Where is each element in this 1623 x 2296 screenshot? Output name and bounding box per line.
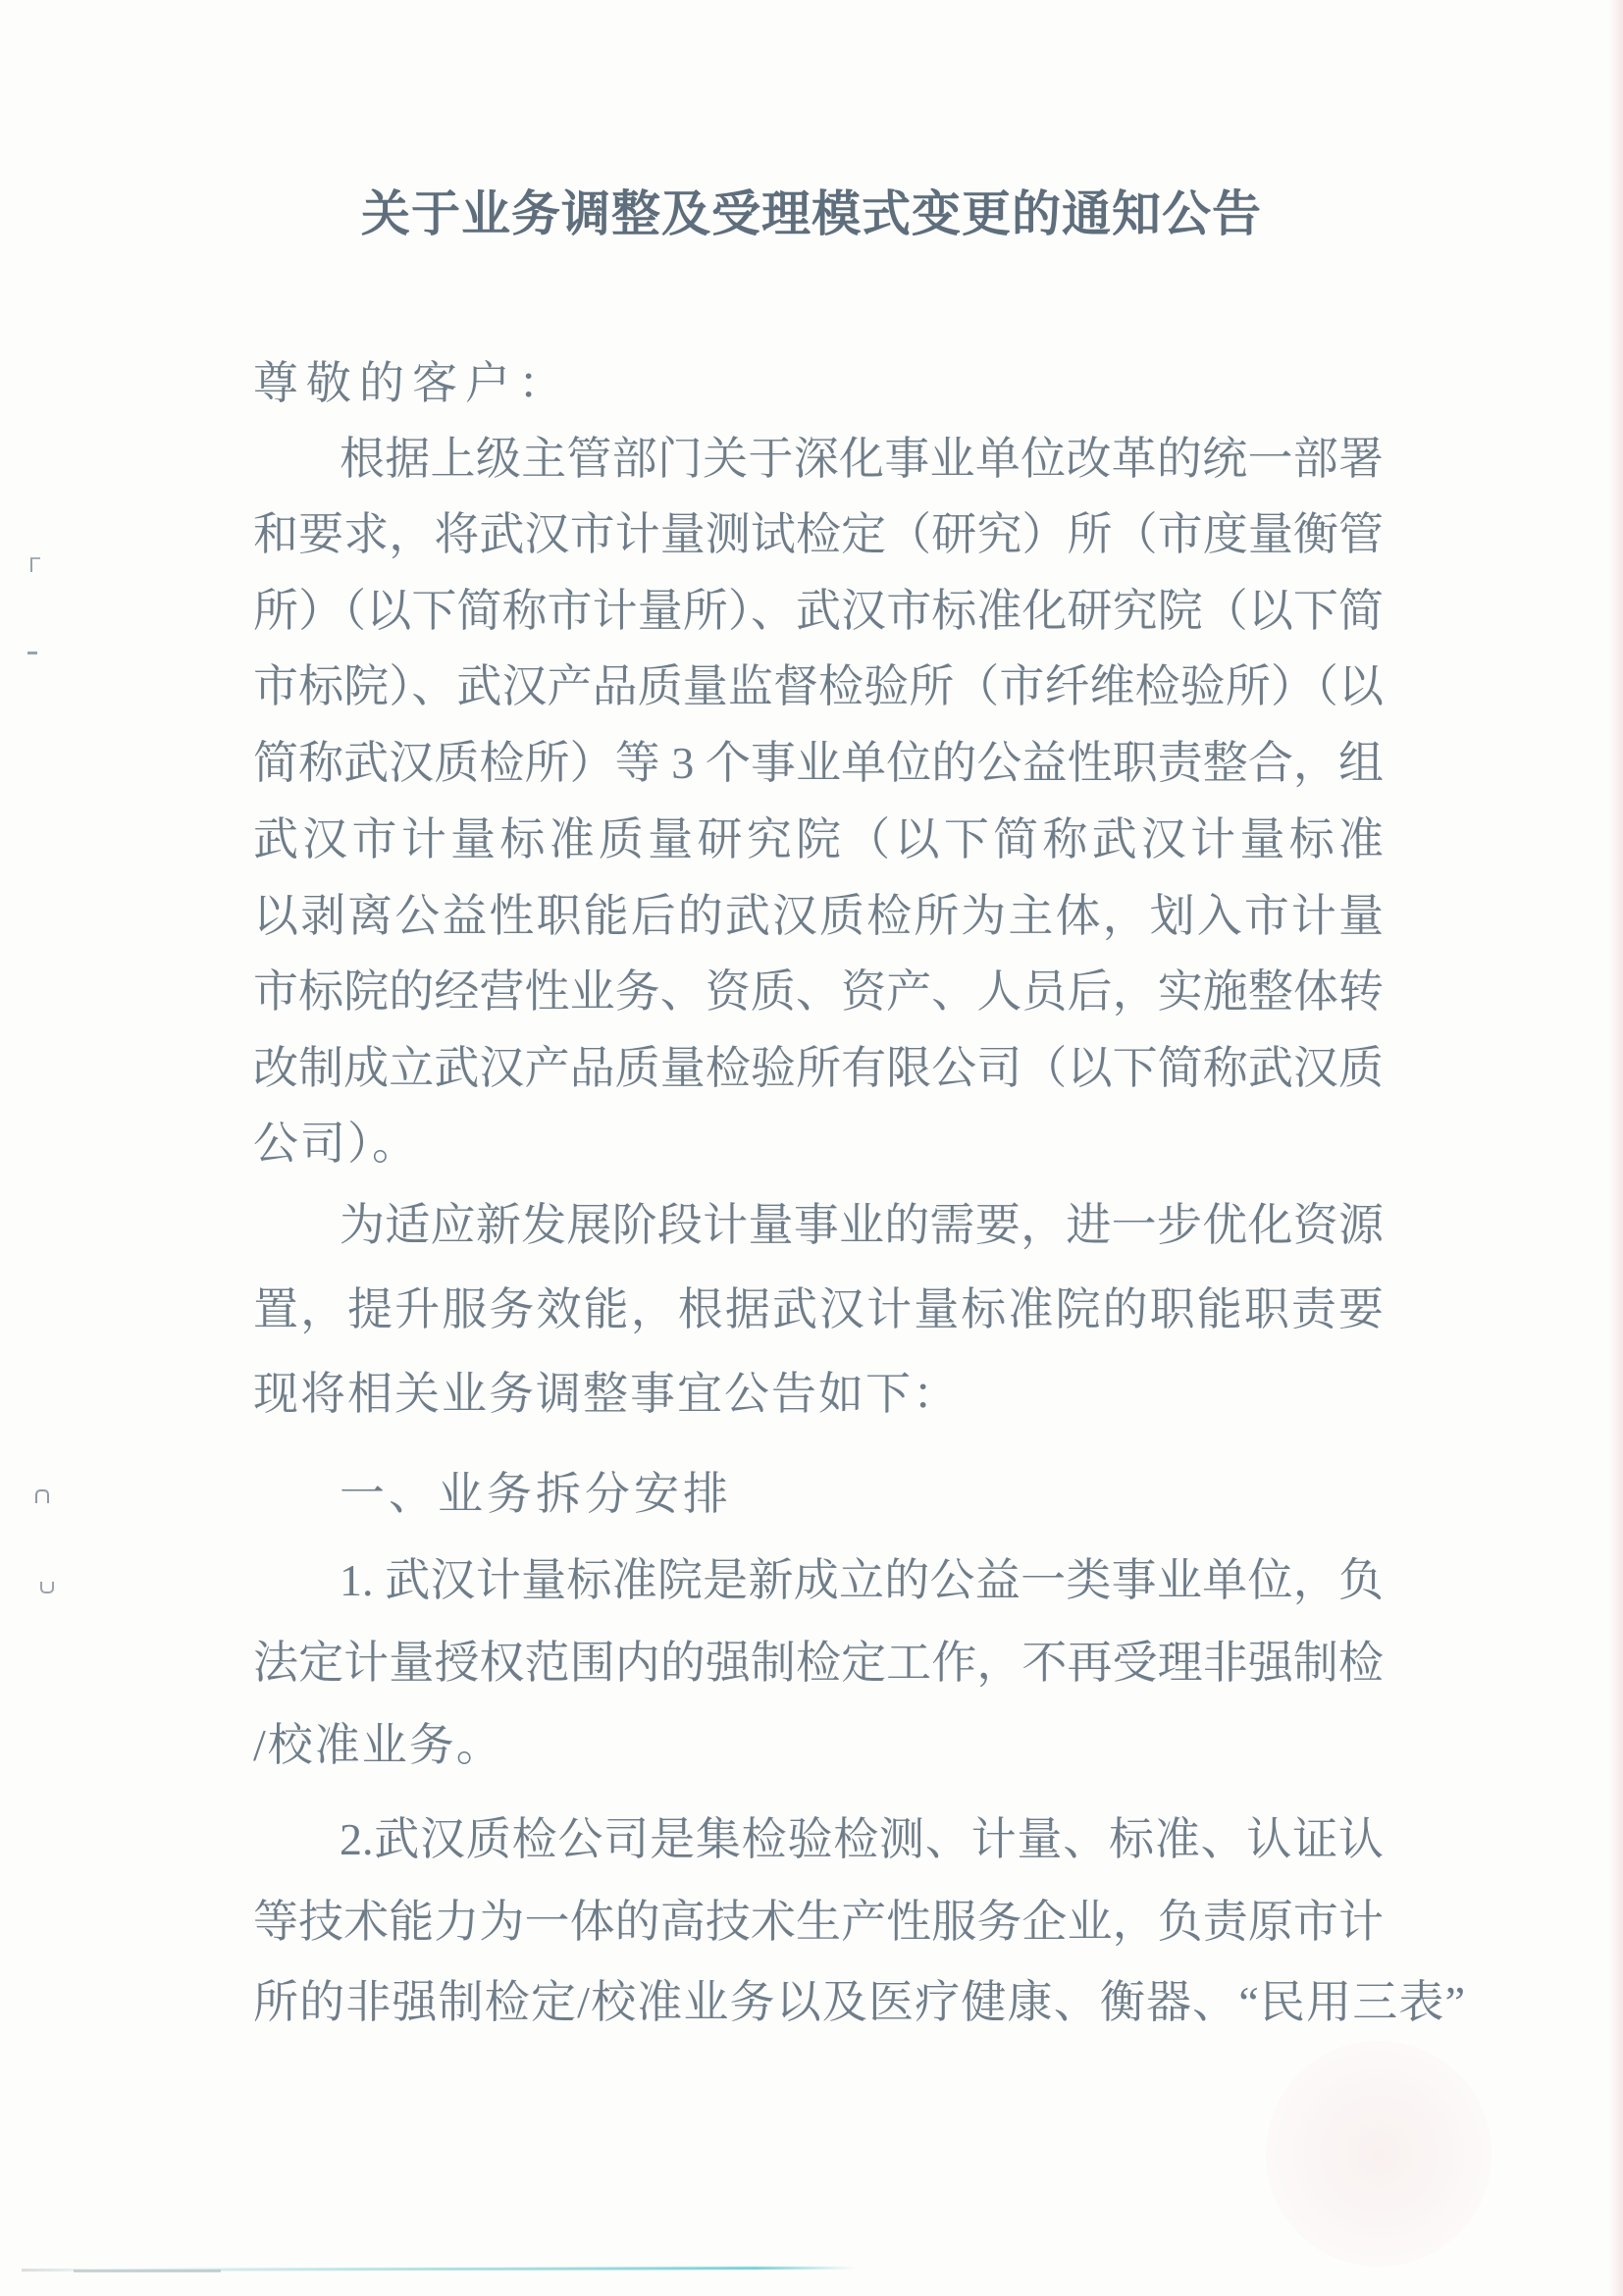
doc-line-11: 公司）。: [253, 1116, 1384, 1173]
doc-line-section-heading: 一、业务拆分安排: [253, 1466, 1470, 1523]
doc-line-20: 等技术能力为一体的高技术生产性服务企业，负责原市计量: [253, 1894, 1384, 1951]
doc-line-5: 市标院）、武汉产品质量监督检验所（市纤维检验所）（以下: [253, 658, 1384, 715]
doc-line-14: 现将相关业务调整事宜公告如下：: [253, 1366, 1384, 1423]
doc-line-13: 置，提升服务效能，根据武汉计量标准院的职能职责要求，: [253, 1281, 1384, 1338]
scan-pink-noise: [1266, 2041, 1492, 2267]
doc-line-10: 改制成立武汉产品质量检验所有限公司（以下简称武汉质检: [253, 1040, 1384, 1097]
scan-smudge-bottom: [74, 2270, 221, 2272]
doc-line-18: /校准业务。: [253, 1717, 1384, 1774]
notice-title: 关于业务调整及受理模式变更的通知公告: [0, 183, 1623, 245]
doc-line-9: 市标院的经营性业务、资质、资产、人员后，实施整体转企: [253, 964, 1384, 1020]
doc-line-6: 简称武汉质检所）等 3 个事业单位的公益性职责整合，组建: [253, 735, 1384, 792]
doc-line-16: 1. 武汉计量标准院是新成立的公益一类事业单位，负责: [253, 1552, 1384, 1609]
scan-speck-margin-2: [27, 652, 37, 654]
doc-line-4: 所）（以下简称市计量所）、武汉市标准化研究院（以下简称: [253, 583, 1384, 640]
doc-line-12: 为适应新发展阶段计量事业的需要，进一步优化资源配: [253, 1197, 1384, 1254]
scan-edge-tint: [1609, 0, 1623, 2296]
scanned-notice-page: 关于业务调整及受理模式变更的通知公告 尊敬的客户： 根据上级主管部门关于深化事业…: [0, 0, 1623, 2296]
doc-line-salutation: 尊敬的客户：: [253, 355, 1384, 412]
doc-line-8: 以剥离公益性职能后的武汉质检所为主体，划入市计量所、: [253, 888, 1384, 945]
scan-speck-margin-3: [35, 1489, 49, 1503]
scan-teal-line-artifact: [22, 2267, 856, 2271]
scan-speck-margin-1: [30, 557, 40, 572]
scan-speck-margin-4: [40, 1582, 54, 1593]
doc-line-21: 所的非强制检定/校准业务以及医疗健康、衡器、“民用三表”: [253, 1974, 1465, 2031]
doc-line-17: 法定计量授权范围内的强制检定工作，不再受理非强制检定: [253, 1635, 1384, 1692]
doc-line-2: 根据上级主管部门关于深化事业单位改革的统一部署: [253, 431, 1384, 488]
doc-line-19: 2.武汉质检公司是集检验检测、计量、标准、认证认可: [253, 1811, 1384, 1868]
doc-line-7: 武汉市计量标准质量研究院（以下简称武汉计量标准院）；: [253, 811, 1384, 868]
doc-line-3: 和要求，将武汉市计量测试检定（研究）所（市度量衡管理: [253, 506, 1384, 563]
